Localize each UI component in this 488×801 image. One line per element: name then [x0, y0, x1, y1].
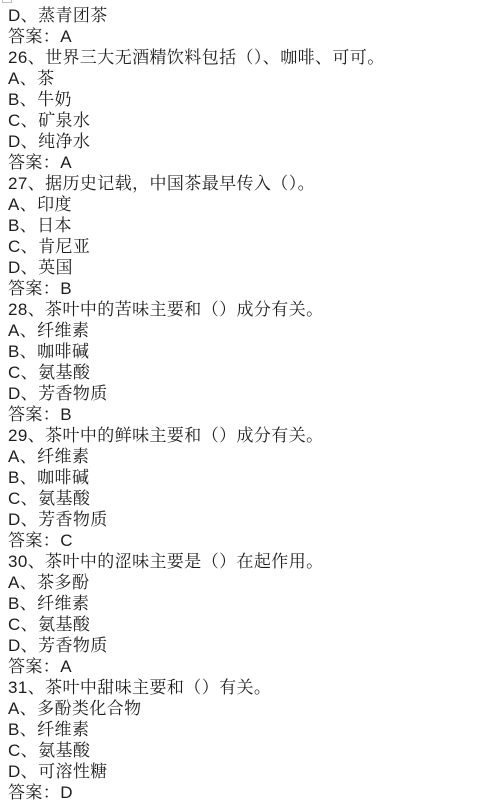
question-option: A、多酚类化合物: [8, 698, 482, 719]
answer-line: 答案：A: [8, 26, 482, 47]
question-option: A、茶: [8, 68, 482, 89]
question-option: C、氨基酸: [8, 740, 482, 761]
question-option: B、咖啡碱: [8, 467, 482, 488]
question-stem: 26、世界三大无酒精饮料包括（）、咖啡、可可。: [8, 47, 482, 68]
answer-line: 答案：B: [8, 404, 482, 425]
question-option: A、纤维素: [8, 320, 482, 341]
question-option: B、日本: [8, 215, 482, 236]
answer-line: 答案：A: [8, 152, 482, 173]
question-stem: 30、茶叶中的涩味主要是（）在起作用。: [8, 551, 482, 572]
question-option: C、氨基酸: [8, 614, 482, 635]
question-stem: 27、据历史记载，中国茶最早传入（）。: [8, 173, 482, 194]
question-option: B、纤维素: [8, 593, 482, 614]
question-option: C、肯尼亚: [8, 236, 482, 257]
question-option: A、茶多酚: [8, 572, 482, 593]
answer-line: 答案：A: [8, 656, 482, 677]
question-stem: 31、茶叶中甜味主要和（）有关。: [8, 677, 482, 698]
question-option: B、纤维素: [8, 719, 482, 740]
question-option: A、纤维素: [8, 446, 482, 467]
quiz-document: D、蒸青团茶答案：A26、世界三大无酒精饮料包括（）、咖啡、可可。A、茶B、牛奶…: [0, 0, 488, 801]
question-option: D、芳香物质: [8, 635, 482, 656]
question-option: A、印度: [8, 194, 482, 215]
answer-line: 答案：D: [8, 782, 482, 801]
question-option: D、可溶性糖: [8, 761, 482, 782]
answer-line: 答案：B: [8, 278, 482, 299]
question-option: B、牛奶: [8, 89, 482, 110]
question-option: C、矿泉水: [8, 110, 482, 131]
question-option: D、英国: [8, 257, 482, 278]
question-option: D、蒸青团茶: [8, 5, 482, 26]
answer-line: 答案：C: [8, 530, 482, 551]
question-option: B、咖啡碱: [8, 341, 482, 362]
question-stem: 28、茶叶中的苦味主要和（）成分有关。: [8, 299, 482, 320]
question-option: C、氨基酸: [8, 488, 482, 509]
question-option: C、氨基酸: [8, 362, 482, 383]
question-option: D、芳香物质: [8, 509, 482, 530]
question-option: D、芳香物质: [8, 383, 482, 404]
question-stem: 29、茶叶中的鲜味主要和（）成分有关。: [8, 425, 482, 446]
question-option: D、纯净水: [8, 131, 482, 152]
